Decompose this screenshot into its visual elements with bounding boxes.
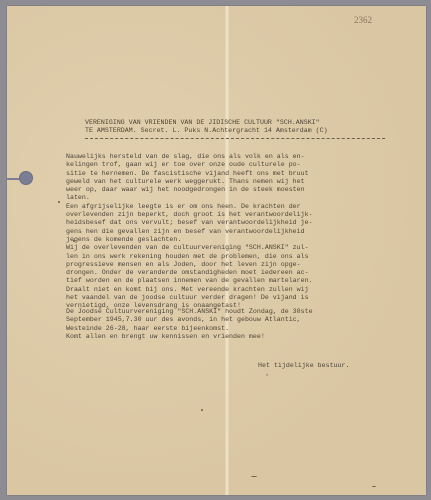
text-line: progressieve mensen en als Joden, door h…: [66, 261, 301, 268]
text-line: sitie te hernemen. De fascistische vijan…: [66, 170, 309, 177]
paper-speck: [201, 409, 203, 411]
text-line: Westeinde 26-28, haar eerste bijeenkomst…: [66, 325, 229, 332]
signature-mark: *: [265, 374, 269, 382]
text-line: laten.: [66, 194, 90, 201]
text-line: jegens de komende geslachten.: [66, 236, 181, 243]
main-paragraph: Nauwelijks hersteld van de slag, die ons…: [66, 153, 313, 311]
text-line: Komt allen en brengt uw kennissen en vri…: [66, 333, 265, 340]
letterhead: VERENIGING VAN VRIENDEN VAN DE JIDISCHE …: [85, 119, 328, 136]
text-line: overlevenden zijn beperkt, doch groot is…: [66, 211, 313, 218]
letterhead-line-1: VERENIGING VAN VRIENDEN VAN DE JIDISCHE …: [85, 119, 320, 126]
text-line: Een afgrijselijke leegte is er om ons he…: [66, 203, 301, 210]
letterhead-line-2: TE AMSTERDAM. Secret. L. Puks N.Achtergr…: [85, 127, 328, 134]
text-line: Wij de overlevenden van de cultuurvereni…: [66, 244, 309, 251]
paper-speck: [251, 476, 257, 477]
text-line: Draalt niet en komt bij ons. Met vereend…: [66, 286, 309, 293]
text-line: De Joodse Cultuurvereniging "SCH.ANSKI" …: [66, 308, 313, 315]
text-line: Nauwelijks hersteld van de slag, die ons…: [66, 153, 305, 160]
text-line: het vaandel van de joodse cultuur verder…: [66, 294, 309, 301]
text-line: geweld van het culturele werk weggerukt.…: [66, 178, 305, 185]
text-line: len in ons werk rekening houden met de p…: [66, 253, 309, 260]
text-line: September 1945,7.30 uur des avonds, in h…: [66, 316, 301, 323]
paper-speck: [73, 240, 75, 242]
text-line: heidsbesef dat ons vervult; besef van ve…: [66, 219, 313, 226]
text-line: weer op, daar waar wij het noodgedrongen…: [66, 186, 305, 193]
archive-number: 2362: [354, 15, 372, 25]
paper-speck: [372, 486, 376, 487]
paper-speck: [58, 201, 60, 203]
text-line: gens hen die gevallen zijn en besef van …: [66, 228, 305, 235]
signature: Het tijdelijke bestuur.: [258, 362, 349, 370]
text-line: kelingen trof, gaan wij er toe over onze…: [66, 161, 301, 168]
meeting-announcement: De Joodse Cultuurvereniging "SCH.ANSKI" …: [66, 308, 313, 341]
punch-hole: [19, 171, 33, 185]
letterhead-divider: [85, 138, 385, 139]
text-line: tief worden en de plaatsen innemen van d…: [66, 277, 313, 284]
text-line: drongen. Onder de veranderde omstandighe…: [66, 269, 309, 276]
